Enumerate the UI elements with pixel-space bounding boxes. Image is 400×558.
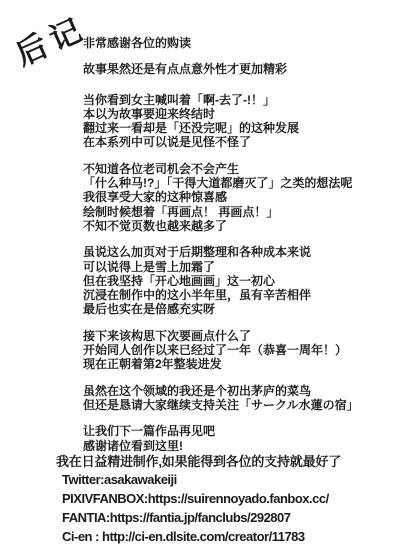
text-line: 在本系列中可以说是见怪不怪了	[83, 135, 395, 149]
afterword-body: 非常感谢各位的购读故事果然还是有点点意外性才更加精彩当你看到女主喊叫着「啊-去了…	[83, 36, 395, 465]
support-link-line: FANTIA:https://fantia.jp/fanclubs/292807	[62, 508, 329, 527]
text-line: 不知不觉页数也越来越多了	[83, 219, 395, 233]
text-line: 但还是恳请大家继续支持关注「サークル水蓮の宿」	[83, 398, 395, 412]
text-line: 可以说得上是雪上加霜了	[83, 260, 395, 274]
text-line: 非常感谢各位的购读	[83, 36, 395, 50]
support-link-line: PIXIVFANBOX:https://suirennoyado.fanbox.…	[62, 489, 329, 508]
text-line: 我很享受大家的这种惊喜感	[83, 190, 395, 204]
text-line: 开始同人创作以来已经过了一年（恭喜一周年！）	[83, 343, 395, 357]
paragraph: 虽说这么加页对于后期整理和各种成本来说可以说得上是雪上加霜了但在我坚持「开心地画…	[83, 245, 395, 316]
text-line: 不知道各位老司机会不会产生	[83, 162, 395, 176]
page-title: 后记	[7, 3, 93, 74]
support-link-line: Ci-en : http://ci-en.dlsite.com/creator/…	[62, 527, 329, 546]
paragraph: 当你看到女主喊叫着「啊-去了-!！」本以为故事要迎来终结时翻过来一看却是「还没完…	[83, 93, 395, 150]
afterword-page: 后记 非常感谢各位的购读故事果然还是有点点意外性才更加精彩当你看到女主喊叫着「啊…	[0, 0, 400, 558]
text-line: 但在我坚持「开心地画画」这一初心	[83, 274, 395, 288]
text-line: 现在正朝着第2年整装进发	[83, 357, 395, 371]
text-line: 绘制时候想着「再画点！ 再画点！」	[83, 205, 395, 219]
text-line: 让我们下一篇作品再见吧	[83, 424, 395, 438]
paragraph: 故事果然还是有点点意外性才更加精彩	[83, 62, 395, 76]
text-line: 接下来该构思下次要画点什么了	[83, 329, 395, 343]
paragraph: 不知道各位老司机会不会产生「什么种马!?」「干得大道都磨灭了」之类的想法呢我很享…	[83, 162, 395, 233]
text-line: 虽然在这个领域的我还是个初出茅庐的菜鸟	[83, 384, 395, 398]
text-line: 沉浸在制作中的这小半年里，虽有辛苦相伴	[83, 288, 395, 302]
paragraph: 让我们下一篇作品再见吧感谢诸位看到这里!	[83, 424, 395, 453]
support-links: Twitter:asakawakeijiPIXIVFANBOX:https://…	[62, 470, 329, 546]
text-line: 「什么种马!?」「干得大道都磨灭了」之类的想法呢	[83, 176, 395, 190]
paragraph: 接下来该构思下次要画点什么了开始同人创作以来已经过了一年（恭喜一周年！）现在正朝…	[83, 329, 395, 372]
support-link-line: Twitter:asakawakeiji	[62, 470, 329, 489]
text-line: 故事果然还是有点点意外性才更加精彩	[83, 62, 395, 76]
text-line: 当你看到女主喊叫着「啊-去了-!！」	[83, 93, 395, 107]
text-line: 最后也实在是倍感充实呀	[83, 302, 395, 316]
text-line: 翻过来一看却是「还没完呢」的这种发展	[83, 121, 395, 135]
paragraph: 非常感谢各位的购读	[83, 36, 395, 50]
text-line: 本以为故事要迎来终结时	[83, 107, 395, 121]
text-line: 虽说这么加页对于后期整理和各种成本来说	[83, 245, 395, 259]
support-message: 我在日益精进制作,如果能得到各位的支持就最好了	[56, 451, 341, 470]
paragraph: 虽然在这个领域的我还是个初出茅庐的菜鸟但还是恳请大家继续支持关注「サークル水蓮の…	[83, 384, 395, 413]
